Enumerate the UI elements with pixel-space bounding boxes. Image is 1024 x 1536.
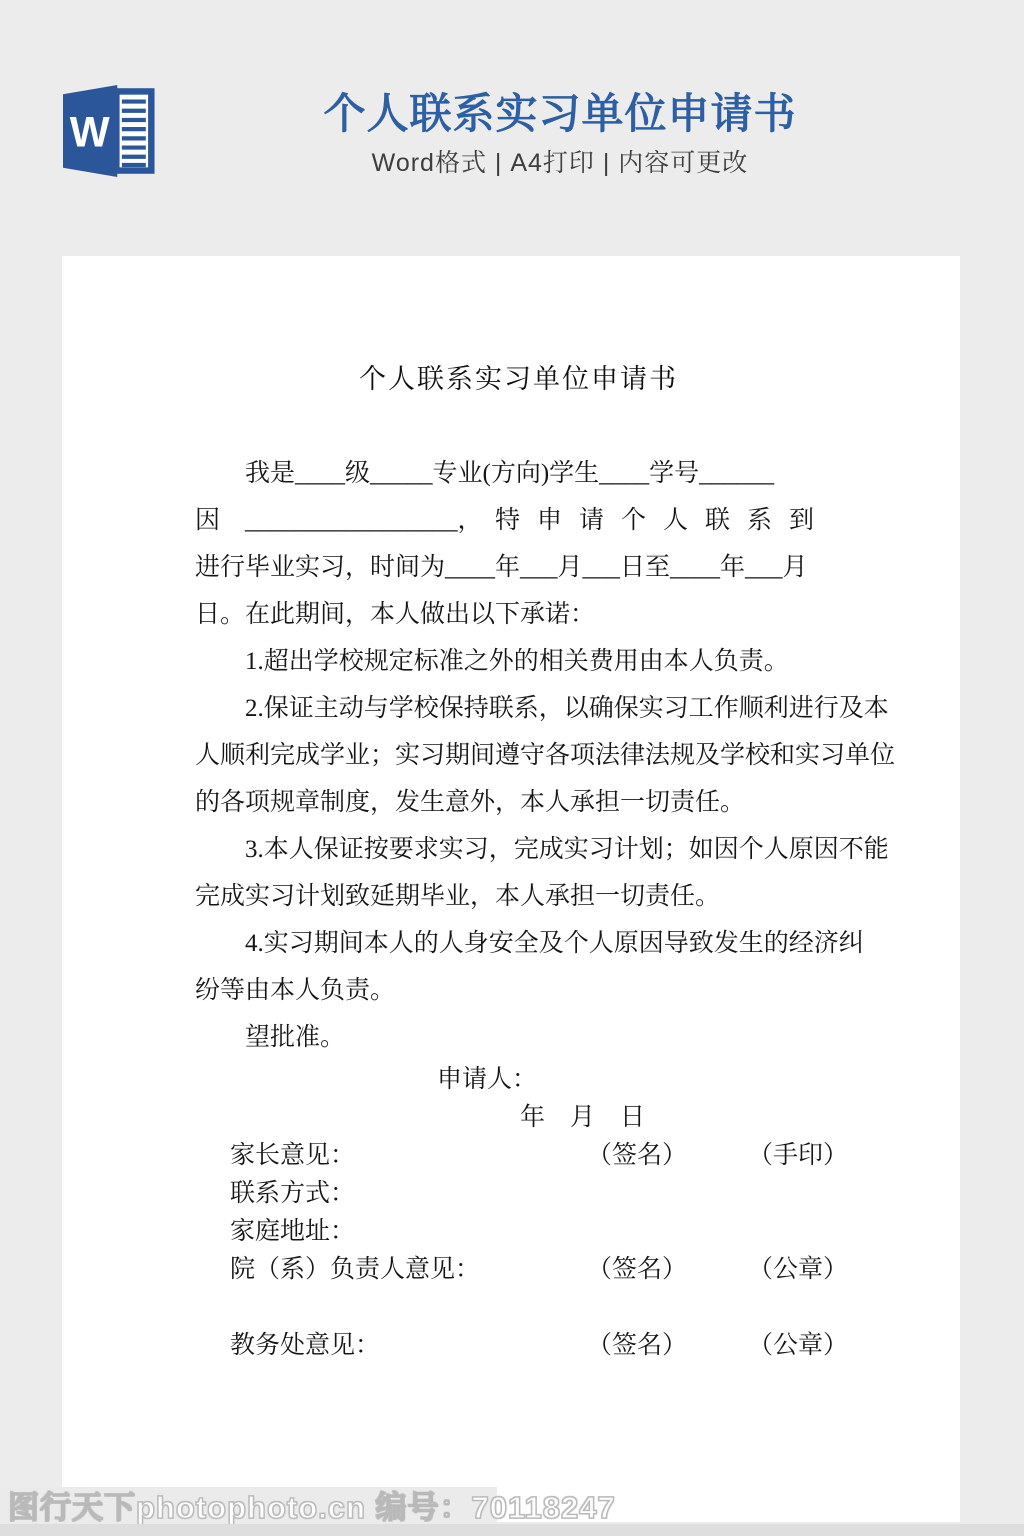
doc-line: 纷等由本人负责。 (195, 967, 842, 1014)
sign-placeholder: （签名） (587, 1327, 687, 1365)
doc-line: 我是____级_____专业(方向)学生____学号______ (195, 450, 842, 497)
sign-placeholder: （签名） (587, 1251, 687, 1289)
template-preview: W 个人联系实习单位申请书 Word格式 | A4打印 | 内容可更改 个人联系… (0, 0, 1024, 1536)
doc-line-segment: 因 _________________， (195, 507, 495, 534)
doc-line: 4.实习期间本人的人身安全及个人原因导致发生的经济纠 (195, 920, 842, 967)
contact-row: 联系方式： (195, 1175, 842, 1213)
address-row: 家庭地址： (195, 1213, 842, 1251)
spacer-row (195, 1289, 842, 1327)
document-page: 个人联系实习单位申请书 我是____级_____专业(方向)学生____学号__… (62, 256, 960, 1522)
doc-title: 个人联系实习单位申请书 (195, 361, 842, 397)
doc-body: 我是____级_____专业(方向)学生____学号______ 因 _____… (195, 450, 842, 1061)
doc-line: 望批准。 (195, 1014, 842, 1061)
page-subtitle: Word格式 | A4打印 | 内容可更改 (96, 148, 1024, 178)
doc-line: 3.本人保证按要求实习，完成实习计划；如因个人原因不能 (195, 826, 842, 873)
header: 个人联系实习单位申请书 Word格式 | A4打印 | 内容可更改 (96, 88, 1024, 178)
seal-placeholder: （公章） (748, 1327, 848, 1365)
doc-paragraphs: 1.超出学校规定标准之外的相关费用由本人负责。 2.保证主动与学校保持联系，以确… (195, 638, 842, 1061)
doc-line: 因 _________________， 特申请个人联系到 (195, 497, 842, 544)
dept-opinion-label: 院（系）负责人意见： (230, 1256, 480, 1283)
doc-line: 2.保证主动与学校保持联系，以确保实习工作顺利进行及本 (195, 685, 842, 732)
parent-opinion-row: 家长意见： （签名） （手印） (195, 1137, 842, 1175)
doc-line: 的各项规章制度，发生意外，本人承担一切责任。 (195, 779, 842, 826)
doc-line: 1.超出学校规定标准之外的相关费用由本人负责。 (195, 638, 842, 685)
doc-line: 进行毕业实习，时间为____年___月___日至____年___月 (195, 544, 842, 591)
doc-line: 完成实习计划致延期毕业，本人承担一切责任。 (195, 873, 842, 920)
page-title: 个人联系实习单位申请书 (96, 88, 1024, 140)
date-row: 年 月 日 (195, 1099, 842, 1137)
sign-placeholder: （签名） (587, 1137, 687, 1175)
doc-line: 日。在此期间，本人做出以下承诺： (195, 591, 842, 638)
office-opinion-row: 教务处意见： （签名） （公章） (195, 1327, 842, 1365)
applicant-row: 申请人： (195, 1061, 842, 1099)
doc-line: 人顺利完成学业；实习期间遵守各项法律法规及学校和实习单位 (195, 732, 842, 779)
fingerprint-placeholder: （手印） (748, 1137, 848, 1175)
parent-opinion-label: 家长意见： (230, 1142, 355, 1169)
signature-block: 申请人： 年 月 日 家长意见： （签名） （手印） 联系方式： 家庭地址： 院… (195, 1061, 842, 1365)
doc-line-segment-spread: 特申请个人联系到 (495, 507, 831, 534)
office-opinion-label: 教务处意见： (230, 1332, 380, 1359)
seal-placeholder: （公章） (748, 1251, 848, 1289)
bottom-edge-bar (0, 1524, 1024, 1536)
dept-opinion-row: 院（系）负责人意见： （签名） （公章） (195, 1251, 842, 1289)
